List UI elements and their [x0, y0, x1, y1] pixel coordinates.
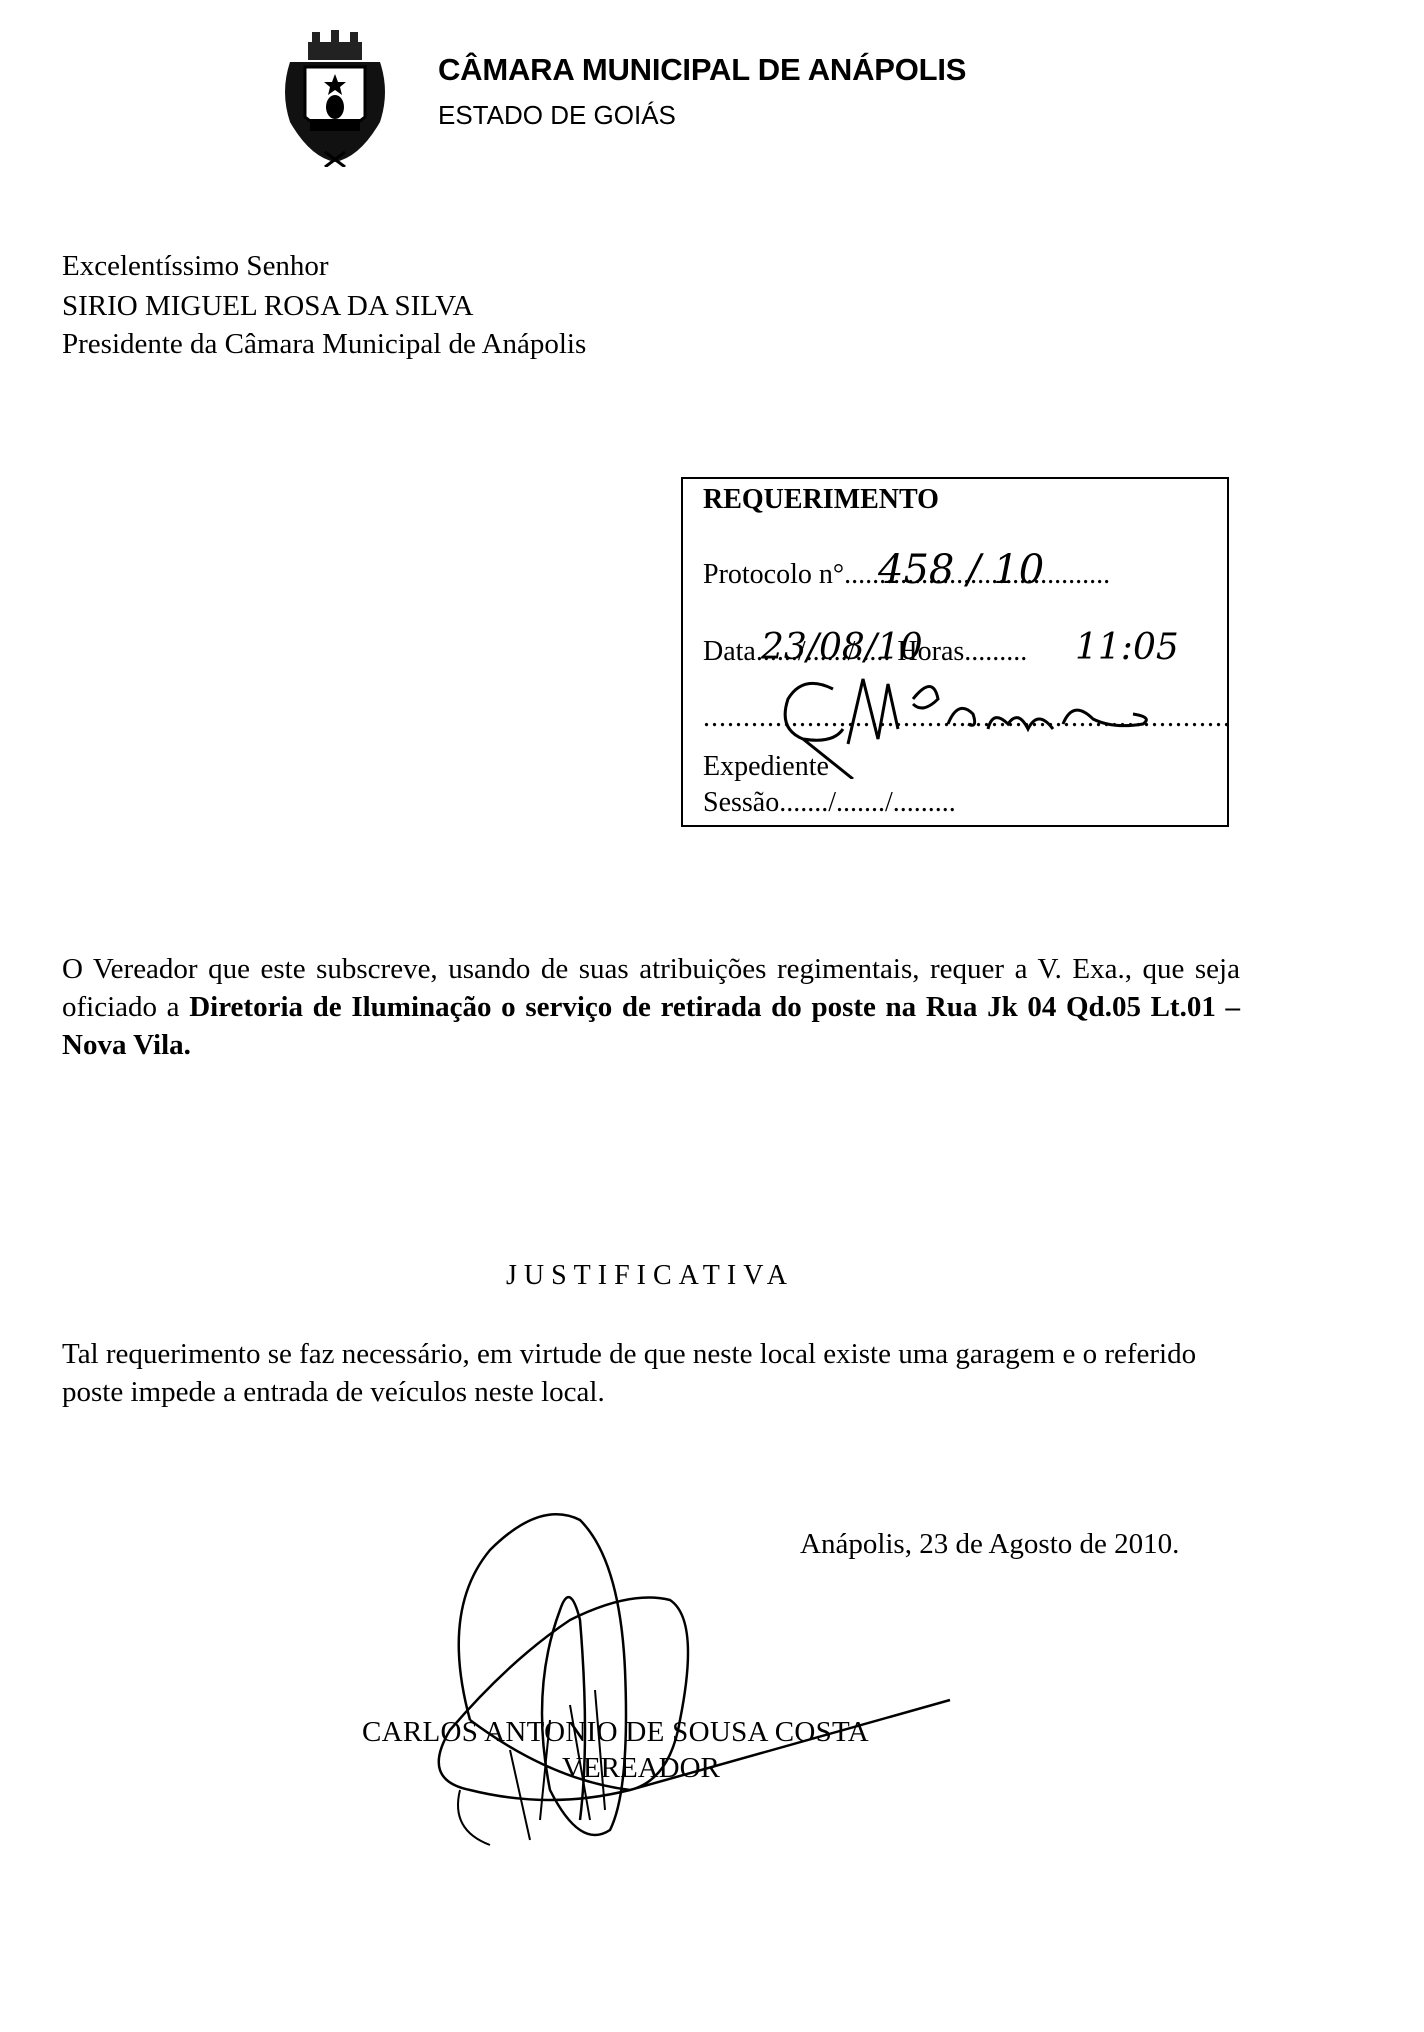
- sessao-field: Sessão......./......./.........: [703, 787, 956, 819]
- expediente-label: Expediente: [703, 751, 829, 783]
- protocol-stamp: REQUERIMENTO Protocolo n°...............…: [681, 477, 1229, 827]
- justification-paragraph: Tal requerimento se faz necessário, em v…: [62, 1335, 1242, 1411]
- stamp-title: REQUERIMENTO: [703, 484, 939, 516]
- justification-heading: JUSTIFICATIVA: [0, 1260, 1300, 1292]
- municipal-coat-of-arms-icon: [270, 22, 400, 167]
- organization-name: CÂMARA MUNICIPAL DE ANÁPOLIS: [438, 52, 966, 88]
- addressee-salutation: Excelentíssimo Senhor: [62, 250, 329, 283]
- addressee-title: Presidente da Câmara Municipal de Anápol…: [62, 328, 586, 361]
- vereador-signature-icon: [430, 1490, 1070, 1850]
- receiver-signature-icon: [773, 669, 1213, 779]
- request-paragraph: O Vereador que este subscreve, usando de…: [62, 950, 1240, 1064]
- date-handwritten: 23/08/10: [761, 627, 923, 668]
- date-label: Data: [703, 636, 756, 667]
- time-dots: .........: [964, 636, 1027, 667]
- organization-state: ESTADO DE GOIÁS: [438, 100, 676, 131]
- protocol-label: Protocolo n°: [703, 559, 844, 590]
- protocol-number-handwritten: 458 / 10: [878, 547, 1044, 593]
- request-subject: Diretoria de Iluminação o serviço de ret…: [62, 991, 1240, 1061]
- time-handwritten: 11:05: [1075, 627, 1179, 668]
- addressee-name: SIRIO MIGUEL ROSA DA SILVA: [62, 290, 473, 323]
